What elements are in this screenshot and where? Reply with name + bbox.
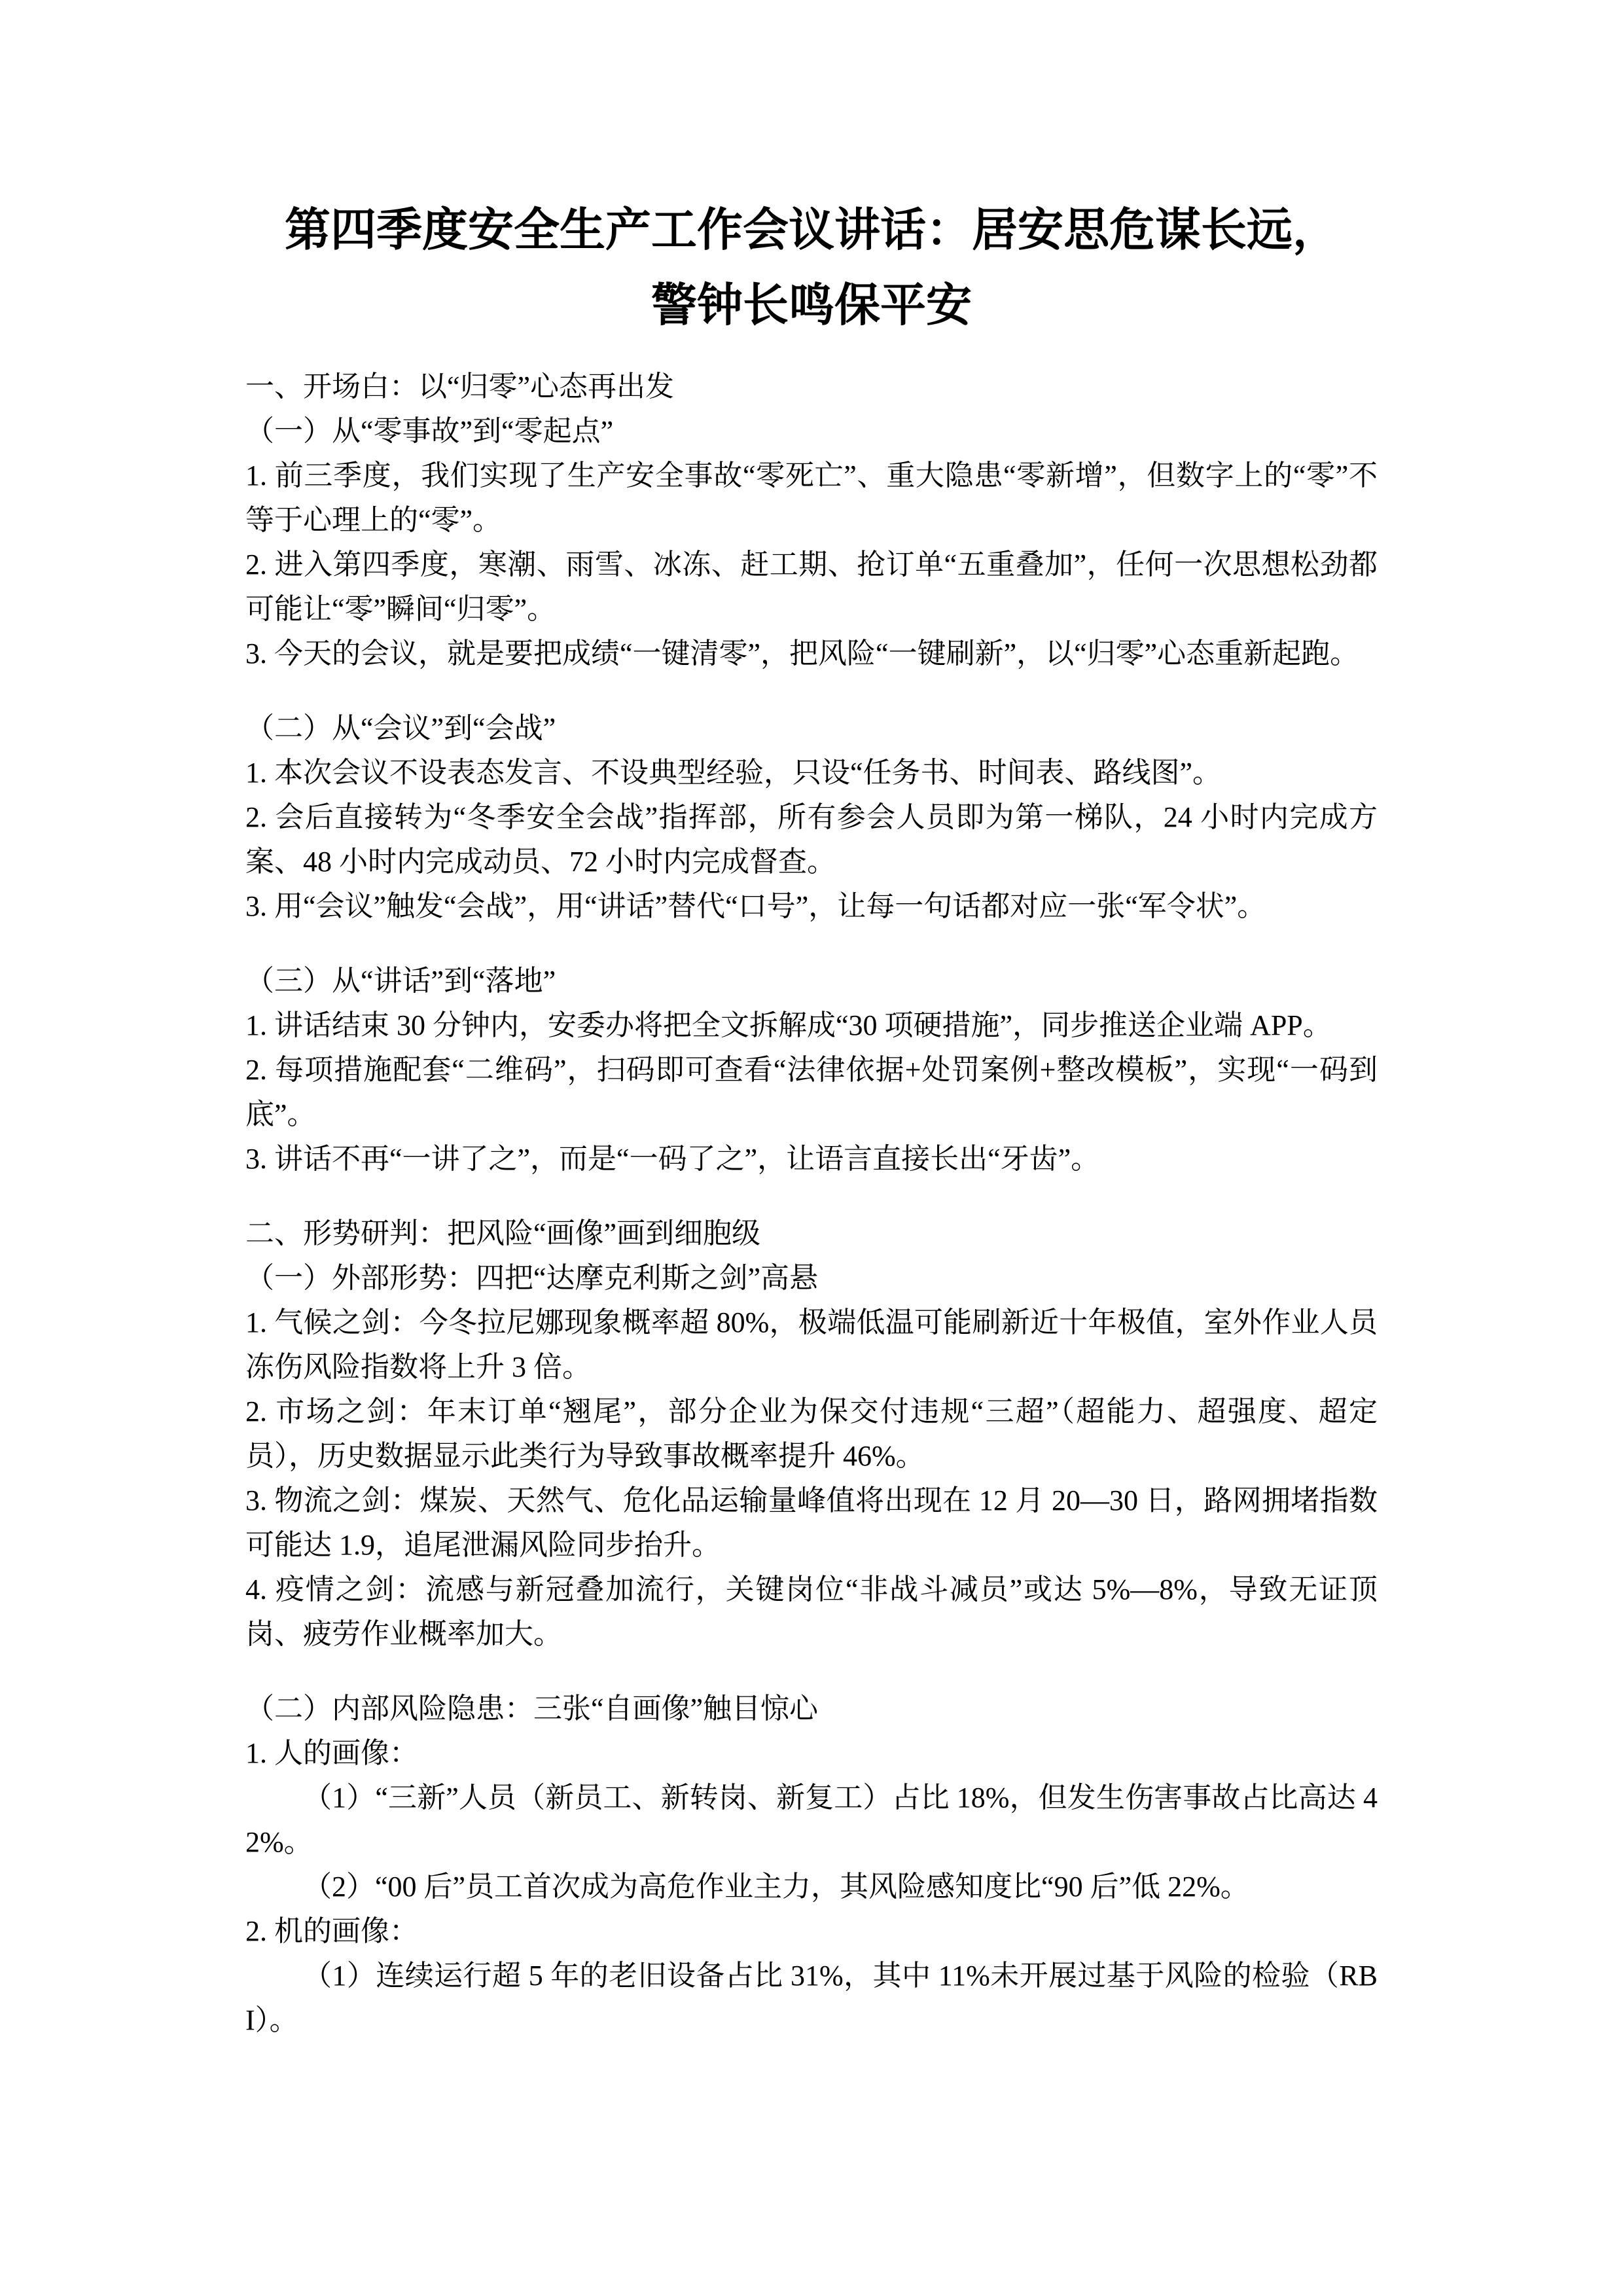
blank-line — [245, 1181, 1378, 1211]
list-item: （2）“00 后”员工首次成为高危作业主力，其风险感知度比“90 后”低 22%… — [245, 1865, 1378, 1909]
doc-title-line-1: 第四季度安全生产工作会议讲话：居安思危谋长远， — [245, 193, 1378, 268]
blank-line — [245, 929, 1378, 959]
subsection-heading: （一）从“零事故”到“零起点” — [245, 409, 1378, 454]
document-body: 一、开场白：以“归零”心态再出发 （一）从“零事故”到“零起点” 1. 前三季度… — [245, 365, 1378, 2043]
doc-title: 第四季度安全生产工作会议讲话：居安思危谋长远， 警钟长鸣保平安 — [245, 193, 1378, 344]
paragraph: 1. 本次会议不设表态发言、不设典型经验，只设“任务书、时间表、路线图”。 — [245, 751, 1378, 795]
section-heading: 二、形势研判：把风险“画像”画到细胞级 — [245, 1211, 1378, 1256]
document-page: 第四季度安全生产工作会议讲话：居安思危谋长远， 警钟长鸣保平安 一、开场白：以“… — [0, 0, 1623, 2296]
paragraph: 3. 物流之剑：煤炭、天然气、危化品运输量峰值将出现在 12 月 20—30 日… — [245, 1479, 1378, 1568]
paragraph: 3. 讲话不再“一讲了之”，而是“一码了之”，让语言直接长出“牙齿”。 — [245, 1137, 1378, 1181]
paragraph: 1. 人的画像： — [245, 1731, 1378, 1776]
paragraph: 2. 会后直接转为“冬季安全会战”指挥部，所有参会人员即为第一梯队，24 小时内… — [245, 795, 1378, 884]
blank-line — [245, 676, 1378, 706]
paragraph: 4. 疫情之剑：流感与新冠叠加流行，关键岗位“非战斗减员”或达 5%—8%，导致… — [245, 1568, 1378, 1657]
paragraph: 3. 用“会议”触发“会战”，用“讲话”替代“口号”，让每一句话都对应一张“军令… — [245, 884, 1378, 929]
paragraph: 1. 气候之剑：今冬拉尼娜现象概率超 80%，极端低温可能刷新近十年极值，室外作… — [245, 1300, 1378, 1390]
paragraph: 2. 市场之剑：年末订单“翘尾”，部分企业为保交付违规“三超”（超能力、超强度、… — [245, 1390, 1378, 1479]
paragraph: 1. 讲话结束 30 分钟内，安委办将把全文拆解成“30 项硬措施”，同步推送企… — [245, 1003, 1378, 1048]
paragraph: 2. 每项措施配套“二维码”，扫码即可查看“法律依据+处罚案例+整改模板”，实现… — [245, 1048, 1378, 1137]
doc-title-line-2: 警钟长鸣保平安 — [245, 268, 1378, 344]
list-item: （1）“三新”人员（新员工、新转岗、新复工）占比 18%，但发生伤害事故占比高达… — [245, 1776, 1378, 1865]
subsection-heading: （一）外部形势：四把“达摩克利斯之剑”高悬 — [245, 1256, 1378, 1300]
subsection-heading: （二）内部风险隐患：三张“自画像”触目惊心 — [245, 1687, 1378, 1731]
subsection-heading: （二）从“会议”到“会战” — [245, 706, 1378, 751]
section-heading: 一、开场白：以“归零”心态再出发 — [245, 365, 1378, 409]
subsection-heading: （三）从“讲话”到“落地” — [245, 959, 1378, 1003]
paragraph: 3. 今天的会议，就是要把成绩“一键清零”，把风险“一键刷新”，以“归零”心态重… — [245, 632, 1378, 676]
paragraph: 2. 进入第四季度，寒潮、雨雪、冰冻、赶工期、抢订单“五重叠加”，任何一次思想松… — [245, 543, 1378, 632]
paragraph: 2. 机的画像： — [245, 1909, 1378, 1954]
list-item: （1）连续运行超 5 年的老旧设备占比 31%，其中 11%未开展过基于风险的检… — [245, 1954, 1378, 2043]
blank-line — [245, 1657, 1378, 1687]
paragraph: 1. 前三季度，我们实现了生产安全事故“零死亡”、重大隐患“零新增”，但数字上的… — [245, 454, 1378, 543]
